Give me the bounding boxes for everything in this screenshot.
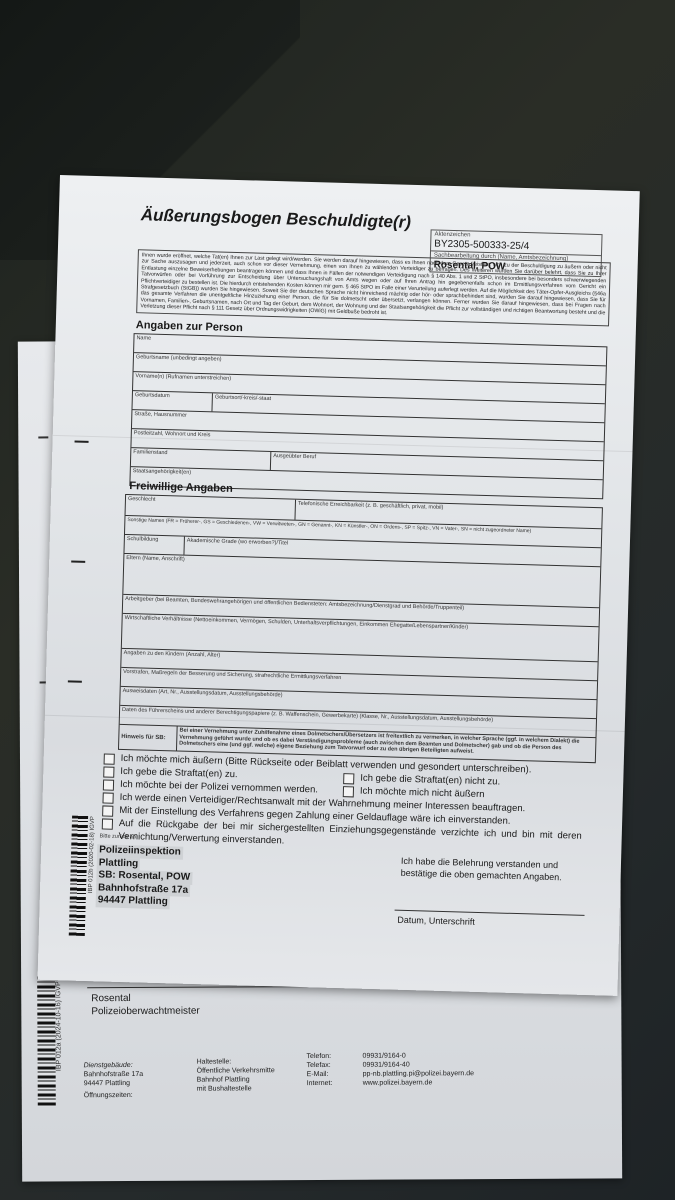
checkbox-icon[interactable]: [102, 818, 113, 829]
person-form: Name Geburtsname (unbedingt angeben) Vor…: [129, 333, 607, 499]
oeffnungszeiten-label: Öffnungszeiten:: [84, 1091, 144, 1100]
form-title: Äußerungsbogen Beschuldigte(r): [141, 205, 412, 233]
hinweis-label: Hinweis für SB:: [119, 725, 178, 751]
checkbox-icon[interactable]: [103, 779, 114, 790]
voluntary-form: Geschlecht Telefonische Erreichbarkeit (…: [118, 494, 603, 763]
officer-name: Rosental: [91, 993, 131, 1004]
checkbox-icon[interactable]: [102, 792, 113, 803]
confirmation-text: Ich habe die Belehrung verstanden und be…: [400, 855, 562, 883]
checkbox-icon[interactable]: [343, 773, 354, 784]
checkbox-icon[interactable]: [102, 805, 113, 816]
person-section-title: Angaben zur Person: [136, 319, 243, 334]
officer-rank: Polizeioberwachtmeister: [91, 1006, 199, 1018]
haltestelle-line1: Öffentliche Verkehrsmitte: [197, 1066, 275, 1075]
legal-notice: Ihnen wurde eröffnet, welche Tat(en) Ihn…: [136, 249, 611, 326]
telefax-value: 09931/9164-40: [363, 1061, 410, 1070]
barcode: [37, 976, 56, 1106]
barcode-label: IBP 012b (2020-02-18) IGVP: [88, 816, 96, 893]
declaration-checkboxes: Ich möchte mich äußern (Bitte Rückseite …: [101, 751, 583, 855]
telefon-label: Telefon:: [307, 1052, 347, 1061]
checkbox-icon[interactable]: [104, 753, 115, 764]
front-sheet-form: Äußerungsbogen Beschuldigte(r) Aktenzeic…: [38, 175, 640, 996]
building-info: Dienstgebäude: Bahnhofstraße 17a 94447 P…: [84, 1061, 144, 1100]
email-label: E-Mail:: [307, 1070, 347, 1079]
contact-info: Telefon:09931/9164-0 Telefax:09931/9164-…: [307, 1051, 475, 1088]
return-label: Bitte zurück an: [99, 833, 136, 840]
fold-mark: [68, 680, 82, 682]
haltestelle-line2: Bahnhof Plattling: [197, 1075, 275, 1084]
email-link[interactable]: pp-nb.plattling.pi@polizei.bayern.de: [363, 1069, 474, 1079]
fold-mark: [38, 436, 48, 438]
return-address: Polizeiinspektion Plattling SB: Rosental…: [96, 844, 193, 909]
field-geburtsdatum[interactable]: Geburtsdatum: [132, 391, 212, 411]
haltestelle-line3: mit Bushaltestelle: [197, 1084, 275, 1093]
dienstgebaeude-city: 94447 Plattling: [84, 1079, 144, 1088]
return-line5: 94447 Plattling: [96, 894, 170, 909]
transit-info: Haltestelle: Öffentliche Verkehrsmitte B…: [197, 1057, 275, 1093]
internet-label: Internet:: [307, 1079, 347, 1088]
dienstgebaeude-label: Dienstgebäude:: [84, 1061, 144, 1070]
checkbox-icon[interactable]: [343, 786, 354, 797]
telefax-label: Telefax:: [307, 1061, 347, 1070]
telefon-value: 09931/9164-0: [363, 1052, 406, 1061]
signature-line: [87, 986, 307, 988]
barcode: [69, 816, 88, 936]
field-schulbildung[interactable]: Schulbildung: [124, 535, 184, 555]
haltestelle-label: Haltestelle:: [197, 1057, 275, 1066]
fold-mark: [75, 441, 89, 443]
barcode-label: IBP 012a (2024-10-16) IGVP: [55, 981, 62, 1071]
fold-mark: [71, 560, 85, 562]
dienstgebaeude-street: Bahnhofstraße 17a: [84, 1070, 144, 1079]
voluntary-section-title: Freiwillige Angaben: [129, 480, 233, 495]
signature-label: Datum, Unterschrift: [397, 915, 475, 927]
website-link[interactable]: www.polizei.bayern.de: [363, 1078, 433, 1087]
return-line2: Plattling: [97, 857, 141, 871]
checkbox-icon[interactable]: [103, 766, 114, 777]
